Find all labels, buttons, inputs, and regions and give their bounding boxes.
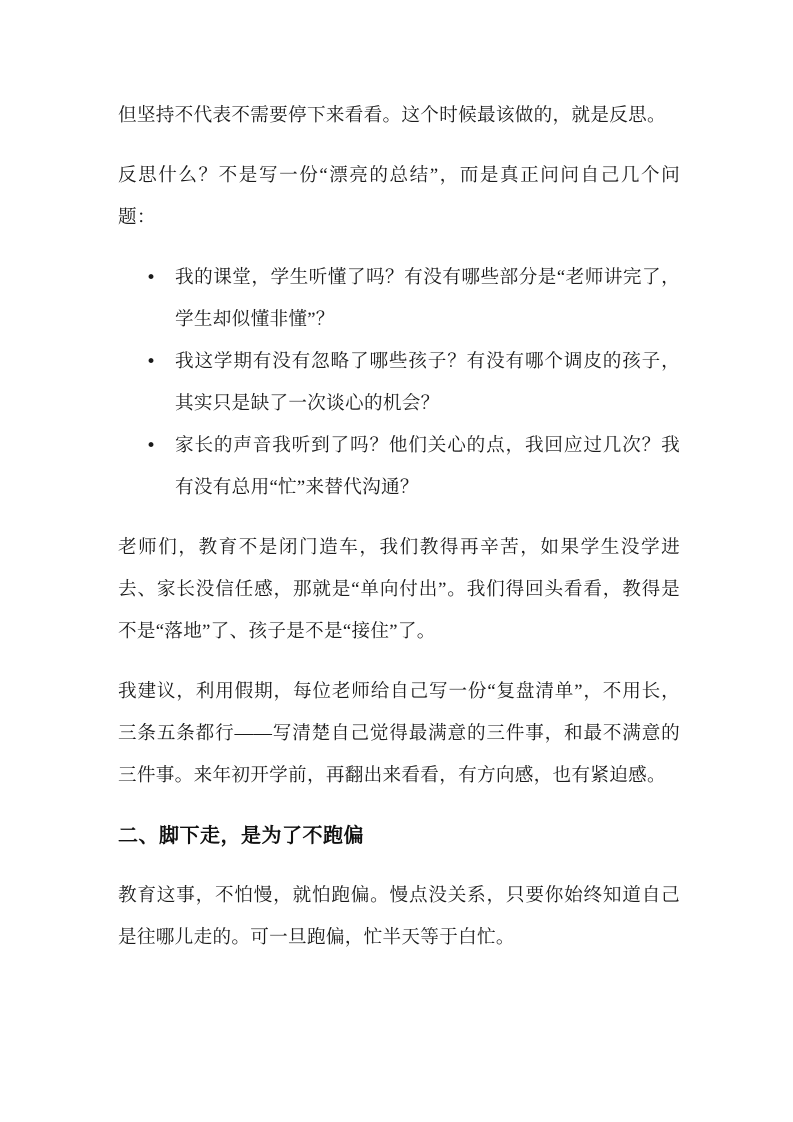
list-item: • 我的课堂，学生听懂了吗？有没有哪些部分是“老师讲完了，学生却似懂非懂”？ bbox=[118, 257, 680, 341]
paragraph-stay-on-course: 教育这事，不怕慢，就怕跑偏。慢点没关系，只要你始终知道自己是往哪儿走的。可一旦跑… bbox=[118, 875, 680, 959]
paragraph-reflect-question: 反思什么？不是写一份“漂亮的总结”，而是真正问问自己几个问题： bbox=[118, 155, 680, 239]
document-page: 但坚持不代表不需要停下来看看。这个时候最该做的，就是反思。 反思什么？不是写一份… bbox=[0, 0, 793, 1122]
list-item: • 我这学期有没有忽略了哪些孩子？有没有哪个调皮的孩子，其实只是缺了一次谈心的机… bbox=[118, 341, 680, 425]
paragraph-one-way-effort: 老师们，教育不是闭门造车，我们教得再辛苦，如果学生没学进去、家长没信任感，那就是… bbox=[118, 527, 680, 653]
bullet-icon: • bbox=[146, 257, 156, 299]
list-item-text: 我的课堂，学生听懂了吗？有没有哪些部分是“老师讲完了，学生却似懂非懂”？ bbox=[175, 267, 680, 330]
list-item: • 家长的声音我听到了吗？他们关心的点，我回应过几次？我有没有总用“忙”来替代沟… bbox=[118, 425, 680, 509]
section-heading-two: 二、脚下走，是为了不跑偏 bbox=[118, 815, 680, 857]
paragraph-reflect-intro: 但坚持不代表不需要停下来看看。这个时候最该做的，就是反思。 bbox=[118, 95, 680, 137]
reflection-bullet-list: • 我的课堂，学生听懂了吗？有没有哪些部分是“老师讲完了，学生却似懂非懂”？ •… bbox=[118, 257, 680, 509]
list-item-text: 我这学期有没有忽略了哪些孩子？有没有哪个调皮的孩子，其实只是缺了一次谈心的机会？ bbox=[175, 351, 680, 414]
list-item-text: 家长的声音我听到了吗？他们关心的点，我回应过几次？我有没有总用“忙”来替代沟通？ bbox=[175, 435, 680, 498]
paragraph-review-checklist: 我建议，利用假期，每位老师给自己写一份“复盘清单”，不用长，三条五条都行——写清… bbox=[118, 671, 680, 797]
bullet-icon: • bbox=[146, 425, 156, 467]
document-body: 但坚持不代表不需要停下来看看。这个时候最该做的，就是反思。 反思什么？不是写一份… bbox=[118, 95, 680, 959]
bullet-icon: • bbox=[146, 341, 156, 383]
